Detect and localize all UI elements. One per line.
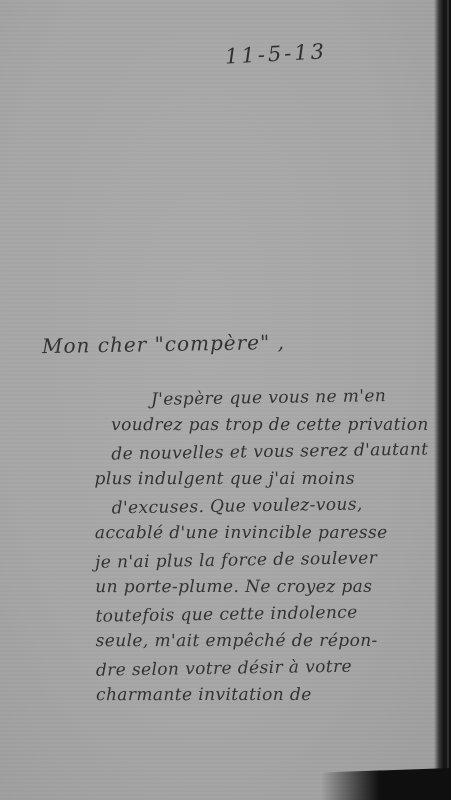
handwritten-line: je n'ai plus la force de soulever	[95, 544, 440, 576]
handwritten-line: d'excuses. Que voulez-vous,	[95, 490, 440, 522]
letter-body: J'espère que vous ne m'en voudrez pas tr…	[94, 384, 441, 710]
handwritten-line: J'espère que vous ne m'en	[94, 382, 439, 414]
handwritten-line: seule, m'ait empêché de répon-	[96, 628, 441, 655]
handwritten-line: plus indulgent que j'ai moins	[95, 466, 440, 493]
handwritten-line: voudrez pas trop de cette privation	[94, 412, 439, 439]
letter-salutation: Mon cher "compère" ,	[42, 330, 285, 358]
scan-edge-highlight	[447, 0, 449, 800]
handwritten-line: un porte-plume. Ne croyez pas	[95, 574, 440, 601]
scan-edge-shadow	[434, 0, 451, 800]
handwritten-line: dre selon votre désir à votre	[96, 652, 441, 684]
scanned-letter-page: 11-5-13 Mon cher "compère" , J'espère qu…	[0, 0, 451, 800]
handwritten-line: accablé d'une invincible paresse	[95, 520, 440, 547]
scan-corner-shadow	[321, 768, 451, 800]
handwritten-line: de nouvelles et vous serez d'autant	[94, 436, 439, 468]
handwritten-line: toutefois que cette indolence	[95, 598, 440, 630]
handwritten-line: charmante invitation de	[96, 682, 441, 709]
letter-date: 11-5-13	[224, 39, 327, 68]
